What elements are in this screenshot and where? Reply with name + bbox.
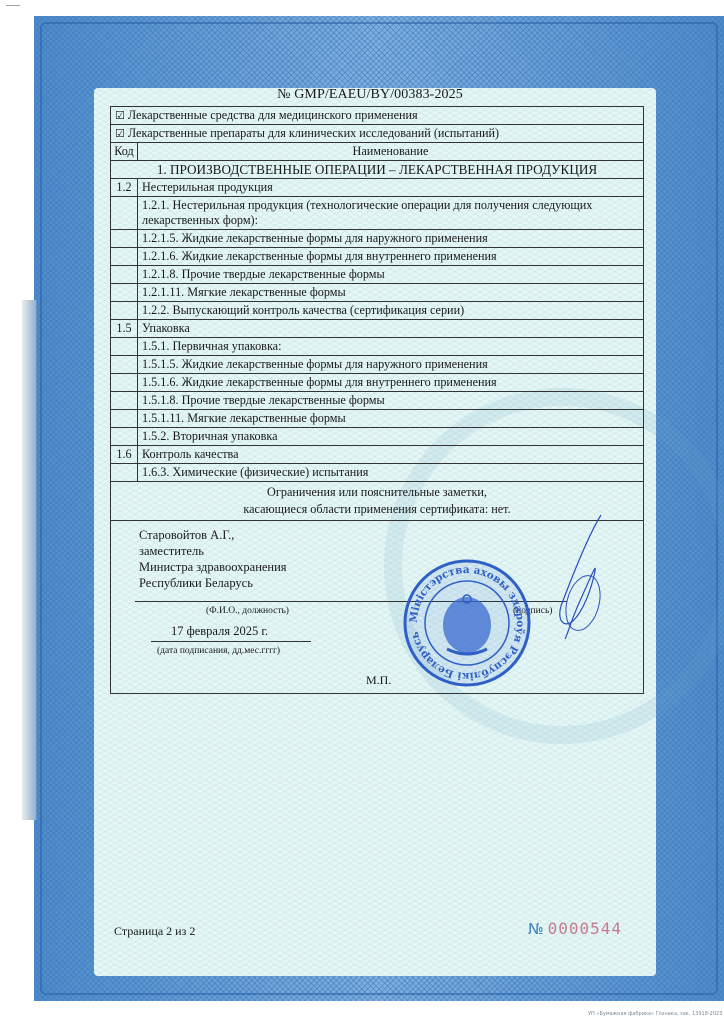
row-code <box>111 338 138 355</box>
table-row: 1.2.1.6. Жидкие лекарственные формы для … <box>111 248 643 266</box>
checkbox-row: ☑Лекарственные препараты для клинических… <box>111 125 643 143</box>
table-row: 1.5.2. Вторичная упаковка <box>111 428 643 446</box>
row-code <box>111 197 138 229</box>
table-row: 1.5Упаковка <box>111 320 643 338</box>
table-row: 1.2.1.8. Прочие твердые лекарственные фо… <box>111 266 643 284</box>
row-name: 1.2.1.8. Прочие твердые лекарственные фо… <box>138 266 643 283</box>
page-indicator: Страница 2 из 2 <box>114 924 195 939</box>
row-code: 1.6 <box>111 446 138 463</box>
binding-fold <box>22 300 37 820</box>
checkbox-checked-icon: ☑ <box>115 109 125 122</box>
date-caption: (дата подписания, дд.мес.гггг) <box>157 644 280 659</box>
signature-row: Старовойтов А.Г., заместитель Министра з… <box>111 521 643 693</box>
row-name: 1.5.1.8. Прочие твердые лекарственные фо… <box>138 392 643 409</box>
signatory-title: Министра здравоохранения <box>139 559 287 575</box>
row-code: 1.2 <box>111 179 138 196</box>
row-code <box>111 410 138 427</box>
table-row: 1.5.1.6. Жидкие лекарственные формы для … <box>111 374 643 392</box>
printer-imprint: УП «Бумажная фабрика» Гознака, зак. 1391… <box>588 1011 722 1017</box>
notes-line: Ограничения или пояснительные заметки, <box>111 484 643 501</box>
table-row: 1.2.1.5. Жидкие лекарственные формы для … <box>111 230 643 248</box>
signatory-block: Старовойтов А.Г., заместитель Министра з… <box>139 527 287 591</box>
row-name: Нестерильная продукция <box>138 179 643 196</box>
row-name: 1.2.2. Выпускающий контроль качества (се… <box>138 302 643 319</box>
table-row: 1.5.1.5. Жидкие лекарственные формы для … <box>111 356 643 374</box>
row-code <box>111 428 138 445</box>
number-sign: № <box>528 920 544 938</box>
row-code <box>111 392 138 409</box>
checkbox-label: Лекарственные препараты для клинических … <box>128 126 499 140</box>
row-name: 1.6.3. Химические (физические) испытания <box>138 464 643 481</box>
serial-digits: 0000544 <box>548 919 622 938</box>
row-code <box>111 356 138 373</box>
table-row: 1.2.1. Нестерильная продукция (технологи… <box>111 197 643 230</box>
serial-number: №0000544 <box>528 919 622 939</box>
checkbox-checked-icon: ☑ <box>115 127 125 140</box>
row-code <box>111 464 138 481</box>
row-name: Упаковка <box>138 320 643 337</box>
official-stamp-icon: Міністэрства аховы здароўя Рэспублікі Бе… <box>403 559 531 687</box>
row-name: 1.5.1.5. Жидкие лекарственные формы для … <box>138 356 643 373</box>
table-row: 1.6.3. Химические (физические) испытания <box>111 464 643 482</box>
table-row: 1.5.1.8. Прочие твердые лекарственные фо… <box>111 392 643 410</box>
row-name: Контроль качества <box>138 446 643 463</box>
table-row: 1.2.2. Выпускающий контроль качества (се… <box>111 302 643 320</box>
table-row: 1.2Нестерильная продукция <box>111 179 643 197</box>
table-row: 1.6Контроль качества <box>111 446 643 464</box>
handwritten-signature <box>521 511 611 641</box>
scan-edge-mark <box>6 5 20 6</box>
checkbox-label: Лекарственные средства для медицинского … <box>128 108 418 122</box>
header-name: Наименование <box>138 143 643 160</box>
fio-line <box>135 601 367 602</box>
row-code <box>111 266 138 283</box>
section-title: 1. ПРОИЗВОДСТВЕННЫЕ ОПЕРАЦИИ – ЛЕКАРСТВЕ… <box>111 161 643 178</box>
table-header: Код Наименование <box>111 143 643 161</box>
seal-caption: М.П. <box>366 673 391 688</box>
row-code <box>111 374 138 391</box>
row-name: 1.2.1. Нестерильная продукция (технологи… <box>138 197 643 229</box>
row-code <box>111 284 138 301</box>
header-code: Код <box>111 143 138 160</box>
row-name: 1.2.1.11. Мягкие лекарственные формы <box>138 284 643 301</box>
row-name: 1.5.1.6. Жидкие лекарственные формы для … <box>138 374 643 391</box>
row-code <box>111 230 138 247</box>
row-name: 1.2.1.5. Жидкие лекарственные формы для … <box>138 230 643 247</box>
date-line <box>151 641 311 642</box>
table-row: 1.2.1.11. Мягкие лекарственные формы <box>111 284 643 302</box>
signing-date: 17 февраля 2025 г. <box>171 624 268 639</box>
scope-table: ☑Лекарственные средства для медицинского… <box>110 106 644 694</box>
certificate-number: № GMP/EAEU/BY/00383-2025 <box>100 87 640 103</box>
row-code <box>111 302 138 319</box>
section-title-row: 1. ПРОИЗВОДСТВЕННЫЕ ОПЕРАЦИИ – ЛЕКАРСТВЕ… <box>111 161 643 179</box>
signatory-name: Старовойтов А.Г., <box>139 527 287 543</box>
row-name: 1.5.2. Вторичная упаковка <box>138 428 643 445</box>
row-name: 1.5.1.11. Мягкие лекарственные формы <box>138 410 643 427</box>
table-row: 1.5.1.11. Мягкие лекарственные формы <box>111 410 643 428</box>
row-code <box>111 248 138 265</box>
fio-caption: (Ф.И.О., должность) <box>206 604 289 619</box>
checkbox-row: ☑Лекарственные средства для медицинского… <box>111 107 643 125</box>
row-name: 1.5.1. Первичная упаковка: <box>138 338 643 355</box>
row-code: 1.5 <box>111 320 138 337</box>
signatory-title: заместитель <box>139 543 287 559</box>
table-row: 1.5.1. Первичная упаковка: <box>111 338 643 356</box>
signatory-title: Республики Беларусь <box>139 575 287 591</box>
row-name: 1.2.1.6. Жидкие лекарственные формы для … <box>138 248 643 265</box>
